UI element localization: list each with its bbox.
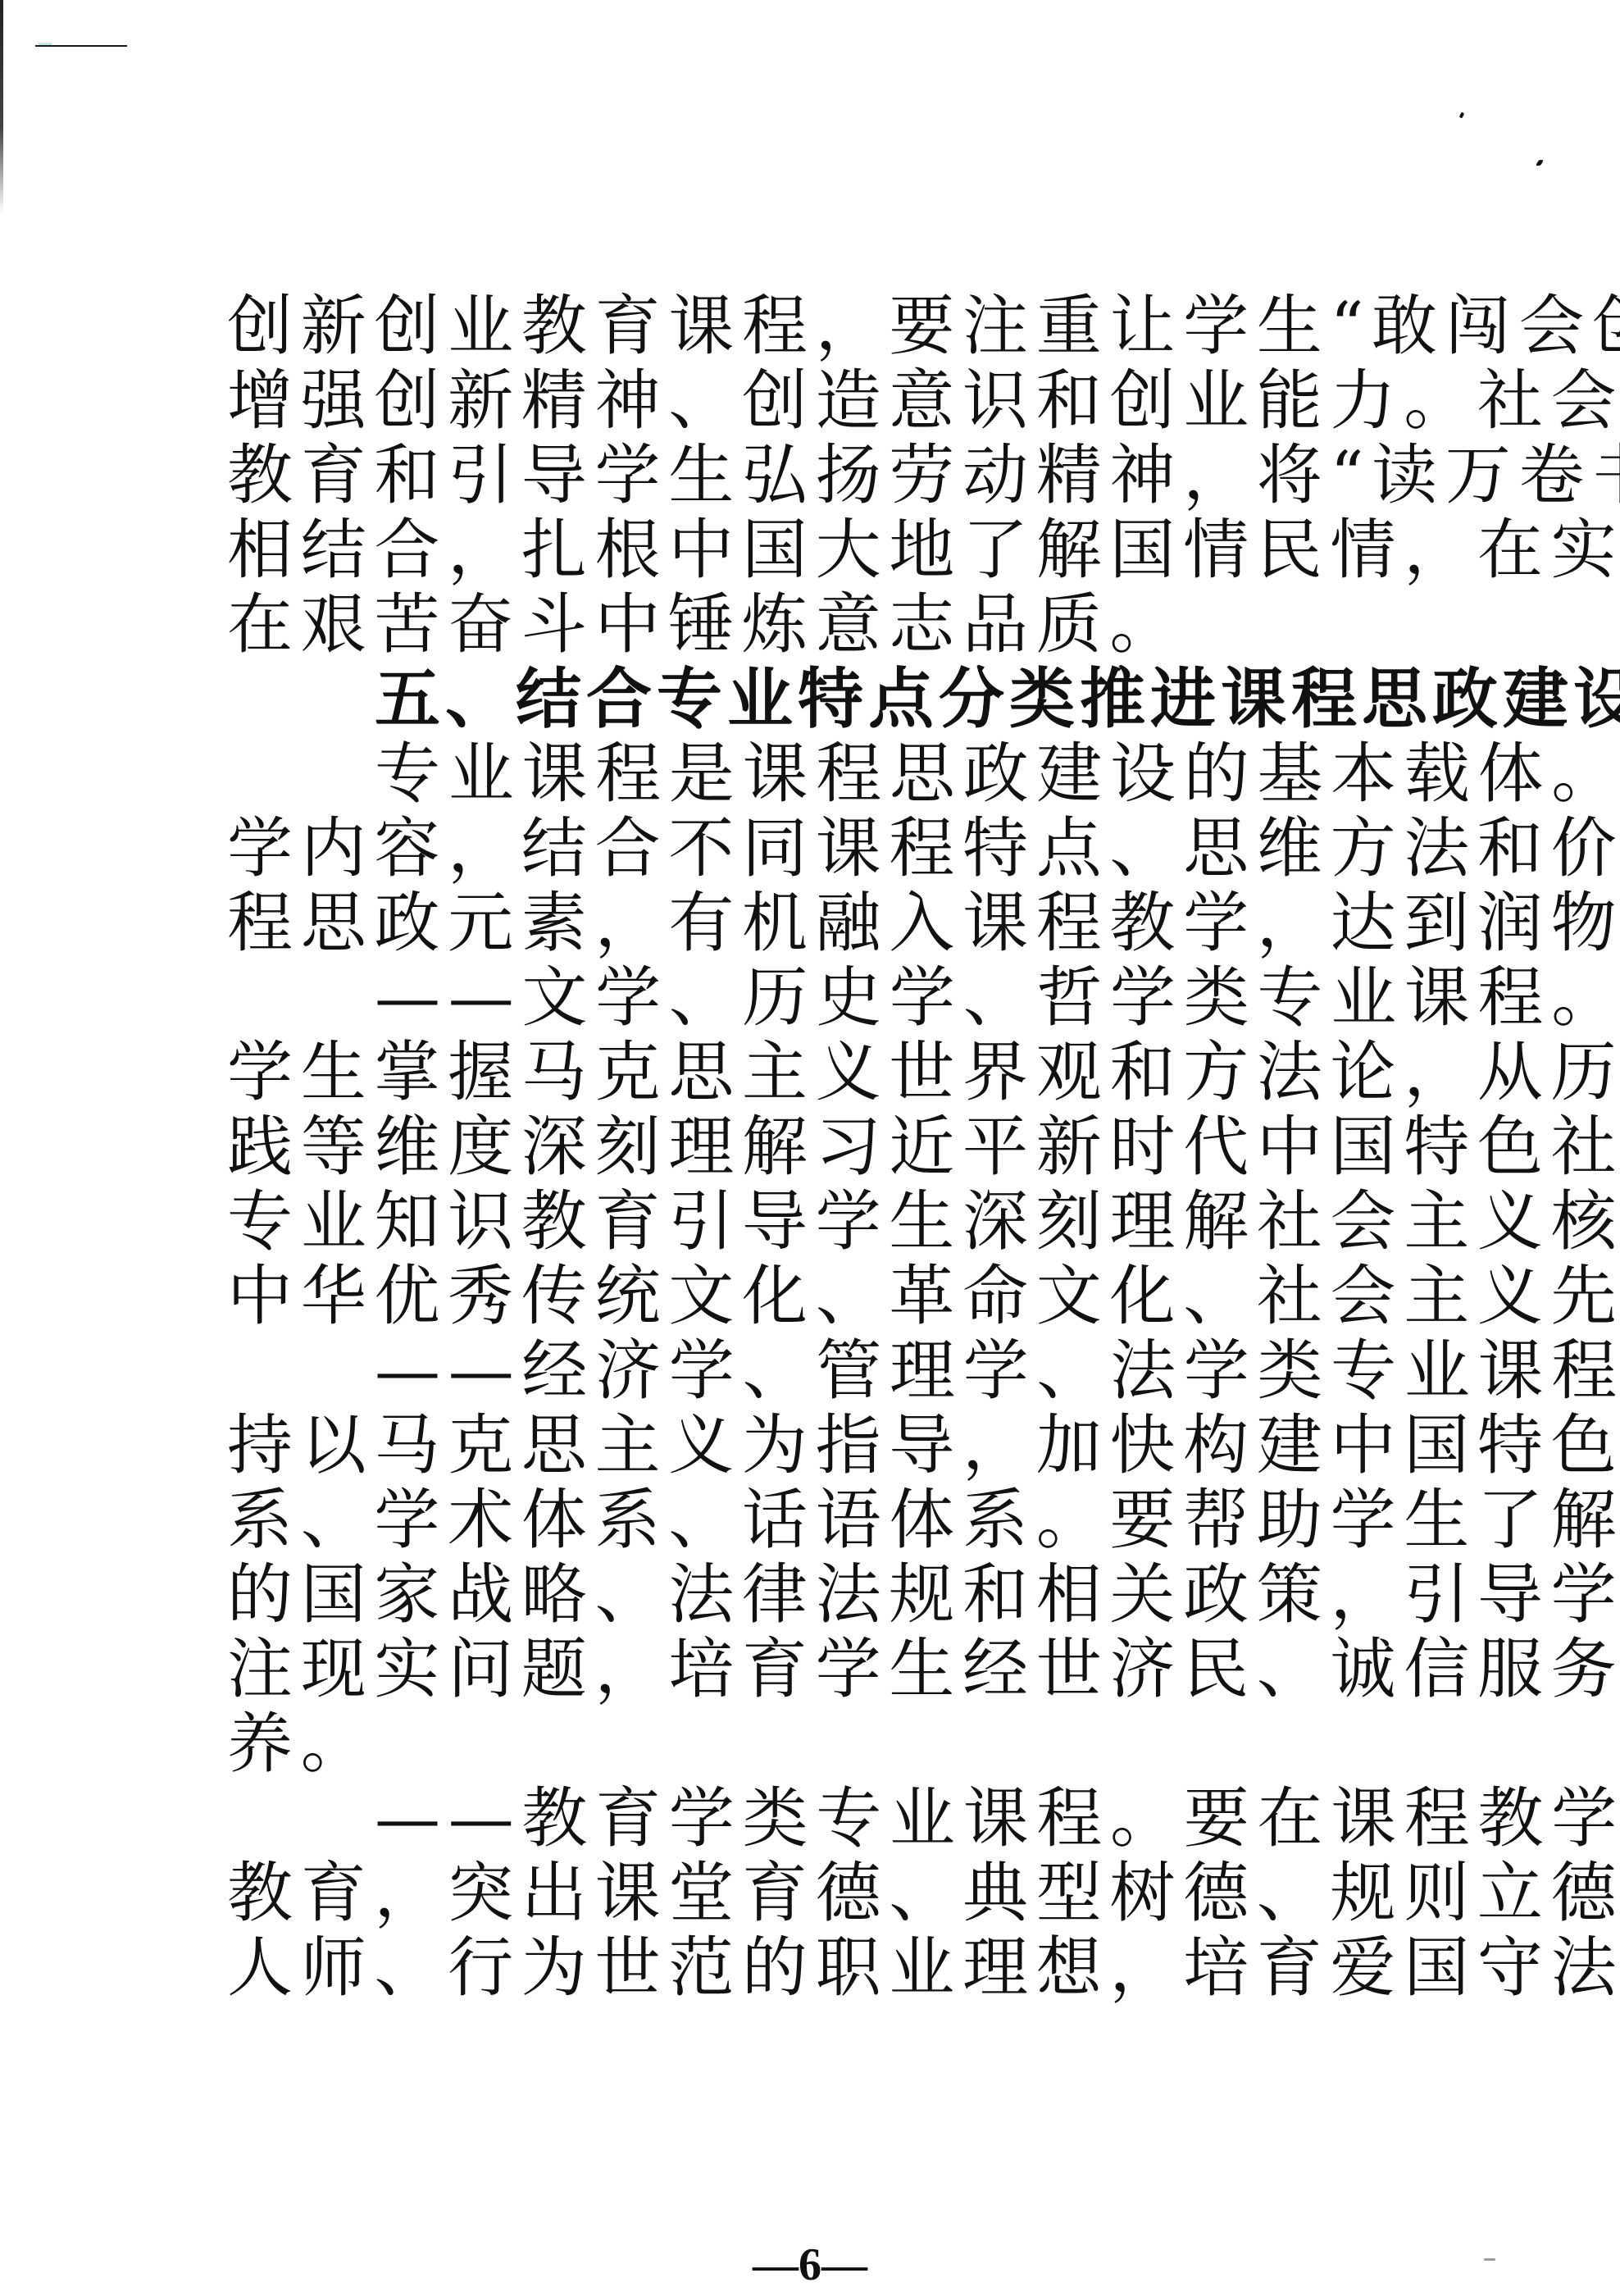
text-line: ——经济学、管理学、法学类专业课程。要在课程教学中坚 — [227, 1333, 1408, 1408]
scan-edge-shadow — [0, 0, 3, 213]
text-line: 注现实问题，培育学生经世济民、诚信服务、德法兼修的职业素 — [227, 1632, 1408, 1706]
scan-speck — [1536, 160, 1544, 166]
text-line: 专业课程是课程思政建设的基本载体。要深入梳理专业课教 — [227, 736, 1408, 811]
text-line: 学内容，结合不同课程特点、思维方法和价值理念，深入挖掘课 — [227, 811, 1408, 886]
text-line: 教育和引导学生弘扬劳动精神，将“读万卷书”与“行万里路” — [227, 438, 1408, 512]
text-line: 践等维度深刻理解习近平新时代中国特色社会主义思想。要结合 — [227, 1109, 1408, 1184]
text-line: ——文学、历史学、哲学类专业课程。要在课程教学中帮助 — [227, 960, 1408, 1035]
text-line: 人师、行为世范的职业理想，培育爱国守法、规范从教的职业操 — [227, 1930, 1408, 2005]
paragraph: 专业课程是课程思政建设的基本载体。要深入梳理专业课教 学内容，结合不同课程特点、… — [227, 736, 1408, 960]
paragraph: ——经济学、管理学、法学类专业课程。要在课程教学中坚 持以马克思主义为指导，加快… — [227, 1333, 1408, 1781]
text-line: 中华优秀传统文化、革命文化、社会主义先进文化。 — [227, 1259, 1408, 1333]
section-heading: 五、结合专业特点分类推进课程思政建设 — [227, 662, 1408, 736]
text-line: 养。 — [227, 1706, 1408, 1781]
text-line: 学生掌握马克思主义世界观和方法论，从历史与现实、理论与实 — [227, 1035, 1408, 1109]
paragraph: ——文学、历史学、哲学类专业课程。要在课程教学中帮助 学生掌握马克思主义世界观和… — [227, 960, 1408, 1333]
text-line: 专业知识教育引导学生深刻理解社会主义核心价值观，自觉弘扬 — [227, 1184, 1408, 1259]
text-line: 在艰苦奋斗中锤炼意志品质。 — [227, 587, 1408, 662]
document-page: 创新创业教育课程，要注重让学生“敢闯会创”，在亲身参与中 增强创新精神、创造意识… — [227, 289, 1408, 2005]
scan-speck — [1459, 112, 1465, 118]
paragraph: 创新创业教育课程，要注重让学生“敢闯会创”，在亲身参与中 增强创新精神、创造意识… — [227, 289, 1408, 662]
paragraph: ——教育学类专业课程。要在课程教学中注重加强师德师风 教育，突出课堂育德、典型树… — [227, 1781, 1408, 2005]
text-line: ——教育学类专业课程。要在课程教学中注重加强师德师风 — [227, 1781, 1408, 1856]
text-line: 持以马克思主义为指导，加快构建中国特色哲学社会科学学科体 — [227, 1408, 1408, 1483]
text-line: 程思政元素，有机融入课程教学，达到润物无声的育人效果。 — [227, 886, 1408, 960]
text-line: 教育，突出课堂育德、典型树德、规则立德，引导学生树立学为 — [227, 1856, 1408, 1930]
text-line: 增强创新精神、创造意识和创业能力。社会实践类课程，要注重 — [227, 363, 1408, 438]
text-line: 的国家战略、法律法规和相关政策，引导学生深入社会实践、关 — [227, 1557, 1408, 1632]
text-line: 创新创业教育课程，要注重让学生“敢闯会创”，在亲身参与中 — [227, 289, 1408, 363]
section-heading-text: 五、结合专业特点分类推进课程思政建设 — [227, 662, 1408, 736]
page-number: —6— — [0, 2239, 1620, 2291]
text-line: 相结合，扎根中国大地了解国情民情，在实践中增长智慧才干， — [227, 512, 1408, 587]
text-line: 系、学术体系、话语体系。要帮助学生了解相关专业和行业领域 — [227, 1483, 1408, 1557]
top-rule-mark — [35, 45, 127, 47]
